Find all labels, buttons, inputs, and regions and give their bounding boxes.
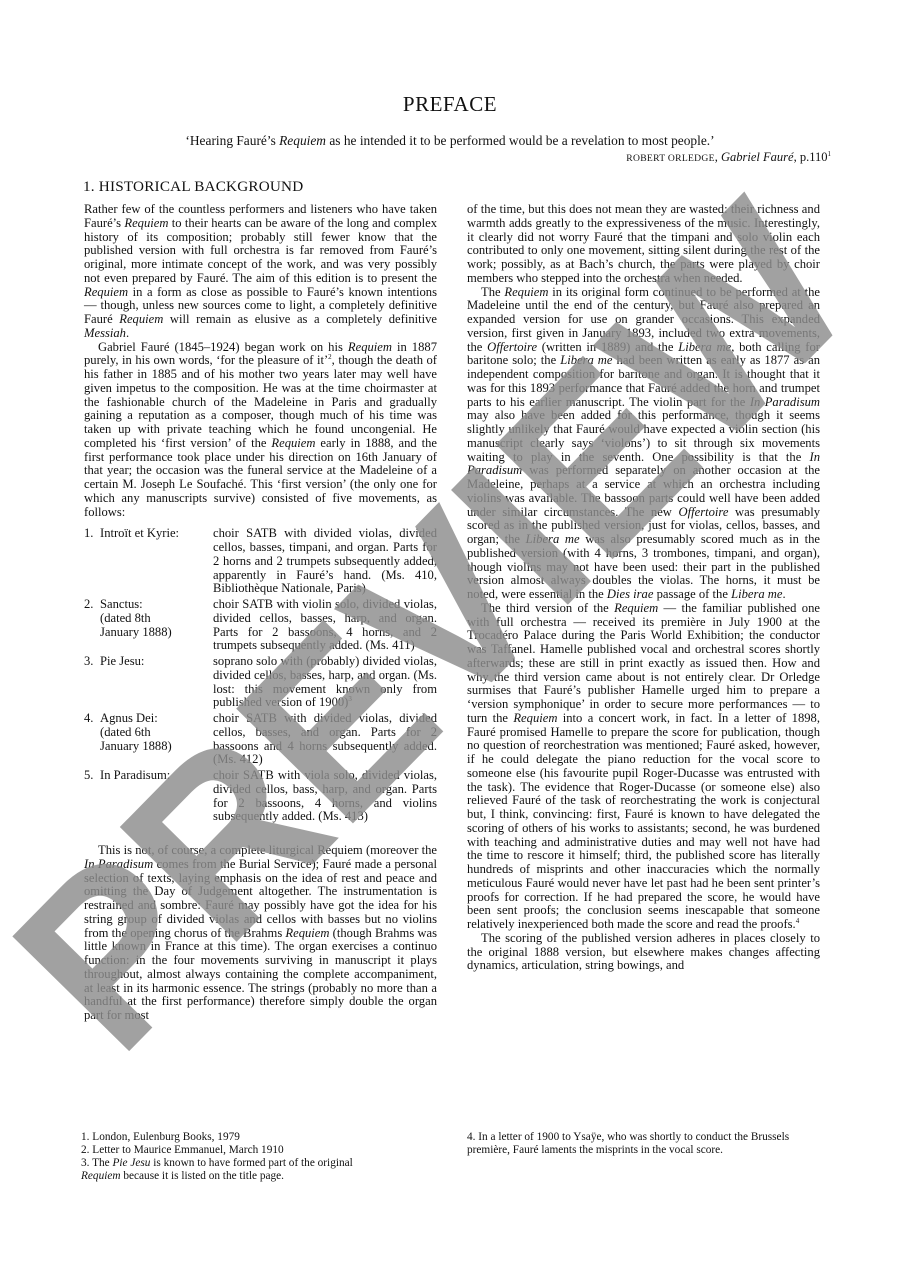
italic-text: Libera me [560, 353, 612, 367]
paragraph: The Requiem in its original form continu… [467, 286, 820, 602]
epigraph-quote: ‘Hearing Fauré’s Requiem as he intended … [80, 133, 820, 149]
movement-item: 1. Introït et Kyrie: choir SATB with div… [84, 527, 437, 596]
movement-name: Agnus Dei: (dated 6th January 1888) [100, 712, 213, 767]
paragraph: The scoring of the published version adh… [467, 932, 820, 973]
italic-text: Requiem [81, 1170, 121, 1182]
italic-text: Offertoire [487, 340, 537, 354]
attribution-page: , p.110 [794, 150, 828, 164]
movement-description: choir SATB with viola solo, divided viol… [213, 769, 437, 824]
epigraph-text-after: as he intended it to be performed would … [326, 133, 715, 148]
italic-text: Pie Jesu [112, 1157, 150, 1169]
movement-item: 2. Sanctus: (dated 8th January 1888) cho… [84, 598, 437, 653]
left-column: Rather few of the countless performers a… [84, 203, 437, 1023]
italic-text: Requiem [513, 711, 557, 725]
paragraph: The third version of the Requiem — the f… [467, 602, 820, 932]
italic-text: Requiem [84, 285, 128, 299]
attribution-author: Robert Orledge [626, 153, 714, 164]
section-heading: 1. HISTORICAL BACKGROUND [83, 178, 303, 196]
footnotes-left: 1. London, Eulenburg Books, 1979 2. Lett… [81, 1131, 421, 1183]
movement-number: 4. [84, 712, 100, 767]
movement-name: Pie Jesu: [100, 655, 213, 710]
page-title: PREFACE [0, 92, 900, 117]
italic-text: Libera me [678, 340, 731, 354]
attribution-book: Gabriel Fauré [721, 150, 794, 164]
movement-description: choir SATB with violin solo, divided vio… [213, 598, 437, 653]
spacer [84, 830, 437, 844]
document-page: PREFACE ‘Hearing Fauré’s Requiem as he i… [0, 0, 900, 1273]
italic-text: Requiem [504, 285, 548, 299]
italic-text: Requiem [348, 340, 392, 354]
paragraph: of the time, but this does not mean they… [467, 203, 820, 286]
footnote-ref: 2 [328, 353, 332, 361]
footnote-ref: 4 [796, 917, 800, 925]
italic-text: Dies irae [607, 587, 654, 601]
italic-text: Libera me [731, 587, 782, 601]
movement-description-text: soprano solo with (probably) divided vio… [213, 654, 437, 709]
footnote: 1. London, Eulenburg Books, 1979 [81, 1131, 421, 1144]
footnotes-right: 4. In a letter of 1900 to Ysaÿe, who was… [467, 1131, 807, 1157]
movement-name: In Paradisum: [100, 769, 213, 824]
italic-text: Requiem [614, 601, 658, 615]
movement-name: Introït et Kyrie: [100, 527, 213, 596]
italic-text: Requiem [285, 926, 329, 940]
movement-description: choir SATB with divided violas, divided … [213, 712, 437, 767]
italic-text: In Paradisum [84, 857, 153, 871]
movement-number: 3. [84, 655, 100, 710]
footnote: 3. The Pie Jesu is known to have formed … [81, 1157, 421, 1183]
italic-text: Libera me [526, 532, 580, 546]
movement-list: 1. Introït et Kyrie: choir SATB with div… [84, 527, 437, 824]
movement-description: soprano solo with (probably) divided vio… [213, 655, 437, 710]
epigraph-italic-title: Requiem [279, 133, 326, 148]
footnote: 4. In a letter of 1900 to Ysaÿe, who was… [467, 1131, 807, 1157]
footnote-ref: 3 [348, 695, 352, 703]
movement-number: 2. [84, 598, 100, 653]
italic-text: Requiem [124, 216, 168, 230]
movement-item: 4. Agnus Dei: (dated 6th January 1888) c… [84, 712, 437, 767]
right-column: of the time, but this does not mean they… [467, 203, 820, 973]
italic-text: Offertoire [679, 505, 729, 519]
italic-text: In Paradisum [467, 450, 820, 478]
italic-text: Messiah [84, 326, 126, 340]
paragraph: This is not, of course, a complete litur… [84, 844, 437, 1023]
movement-item: 3. Pie Jesu: soprano solo with (probably… [84, 655, 437, 710]
movement-number: 1. [84, 527, 100, 596]
footnote: 2. Letter to Maurice Emmanuel, March 191… [81, 1144, 421, 1157]
footnote-ref: 1 [828, 150, 832, 158]
italic-text: In Paradisum [750, 395, 820, 409]
paragraph: Rather few of the countless performers a… [84, 203, 437, 341]
italic-text: Requiem [271, 436, 315, 450]
italic-text: Requiem [119, 312, 163, 326]
movement-description: choir SATB with divided violas, divided … [213, 527, 437, 596]
epigraph-text-before: ‘Hearing Fauré’s [185, 133, 279, 148]
movement-number: 5. [84, 769, 100, 824]
paragraph: Gabriel Fauré (1845–1924) began work on … [84, 341, 437, 520]
movement-name: Sanctus: (dated 8th January 1888) [100, 598, 213, 653]
movement-item: 5. In Paradisum: choir SATB with viola s… [84, 769, 437, 824]
epigraph-attribution: Robert Orledge, Gabriel Fauré, p.1101 [626, 150, 831, 165]
